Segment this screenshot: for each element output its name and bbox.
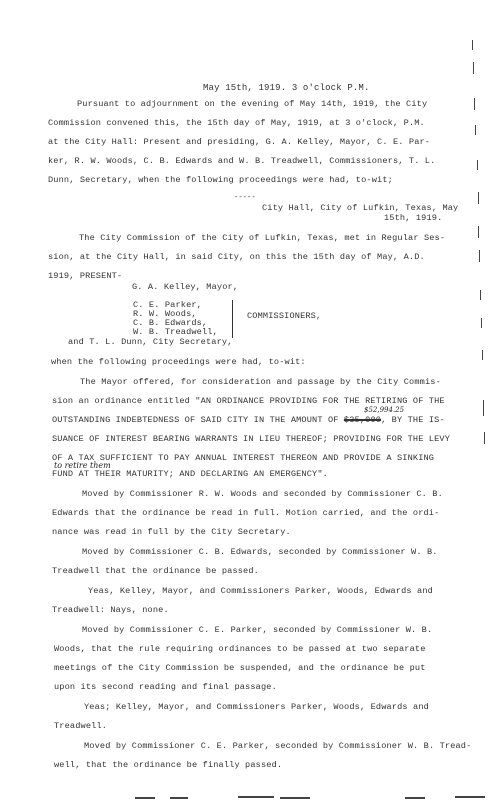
paragraph-6-line-1: Yeas, Kelley, Mayor, and Commissioners P… <box>88 586 433 596</box>
margin-mark <box>477 160 478 170</box>
paragraph-7-line-1: Moved by Commissioner C. E. Parker, seco… <box>82 625 432 635</box>
scan-noise <box>405 797 425 799</box>
paragraph-3-line-3: OUTSTANDING INDEBTEDNESS OF SAID CITY IN… <box>52 415 445 425</box>
commissioners-label: COMMISSIONERS, <box>247 311 321 321</box>
paragraph-1-line-2: Commission convened this, the 15th day o… <box>48 118 425 128</box>
handwritten-amount: $52,994.25 <box>364 406 404 414</box>
paragraph-5-line-2: Treadwell that the ordinance be passed. <box>52 566 259 576</box>
paragraph-2-line-1: The City Commission of the City of Lufki… <box>79 233 445 243</box>
paragraph-3-line-2: sion an ordinance entitled "AN ORDINANCE… <box>52 396 445 406</box>
location-line-2: 15th, 1919. <box>384 213 442 223</box>
paragraph-2-line-2: sion, at the City Hall, in said City, on… <box>48 252 425 262</box>
scan-noise <box>455 796 485 798</box>
margin-mark <box>474 98 475 110</box>
margin-mark <box>484 432 485 444</box>
paragraph-1-line-1: Pursuant to adjournment on the evening o… <box>77 99 427 109</box>
paragraph-4-line-1: Moved by Commissioner R. W. Woods and se… <box>82 489 443 499</box>
margin-mark <box>483 400 484 416</box>
document-heading: May 15th, 1919. 3 o'clock P.M. <box>203 83 370 93</box>
margin-mark <box>481 318 482 328</box>
proceedings-line: when the following proceedings were had,… <box>51 357 306 367</box>
margin-mark <box>478 192 479 204</box>
paragraph-7-line-4: upon its second reading and final passag… <box>54 682 277 692</box>
paragraph-3-line-6: FUND AT THEIR MATURITY; AND DECLARING AN… <box>52 469 328 479</box>
margin-mark <box>479 250 480 262</box>
mayor-line: G. A. Kelley, Mayor, <box>132 282 238 292</box>
scanned-document-page: May 15th, 1919. 3 o'clock P.M. Pursuant … <box>0 0 488 800</box>
margin-mark <box>472 40 473 50</box>
paragraph-7-line-2: Woods, that the rule requiring ordinance… <box>54 644 426 654</box>
paragraph-4-line-2: Edwards that the ordinance be read in fu… <box>52 508 439 518</box>
paragraph-5-line-1: Moved by Commissioner C. B. Edwards, sec… <box>82 547 438 557</box>
margin-mark <box>478 226 479 238</box>
commissioner-4: W. B. Treadwell, <box>133 328 218 337</box>
paragraph-3-line-3-text: OUTSTANDING INDEBTEDNESS OF SAID CITY IN… <box>52 415 339 425</box>
scan-noise <box>280 797 310 799</box>
scan-noise <box>135 797 155 799</box>
struck-amount: $35,000 <box>344 415 381 425</box>
paragraph-3-line-3-tail: , BY THE IS- <box>381 415 445 425</box>
paragraph-1-line-4: ker, R. W. Woods, C. B. Edwards and W. B… <box>48 156 435 166</box>
margin-mark <box>480 290 481 300</box>
secretary-line: and T. L. Dunn, City Secretary, <box>68 337 233 347</box>
scan-noise <box>170 797 188 799</box>
margin-mark <box>482 350 483 360</box>
paragraph-7-line-3: meetings of the City Commission be suspe… <box>54 663 426 673</box>
paragraph-6-line-2: Treadwell: Nays, none. <box>52 605 169 615</box>
margin-mark <box>475 125 476 135</box>
section-separator: ----- <box>234 193 256 203</box>
location-line-1: City Hall, City of Lufkin, Texas, May <box>262 203 458 213</box>
paragraph-8-line-2: Treadwell. <box>54 721 107 731</box>
paragraph-9-line-2: well, that the ordinance be finally pass… <box>54 760 282 770</box>
paragraph-1-line-5: Dunn, Secretary, when the following proc… <box>48 175 393 185</box>
brace-bracket <box>232 300 233 338</box>
paragraph-3-line-1: The Mayor offered, for consideration and… <box>80 377 441 387</box>
paragraph-8-line-1: Yeas; Kelley, Mayor, and Commissioners P… <box>84 702 429 712</box>
paragraph-3-line-4: SUANCE OF INTEREST BEARING WARRANTS IN L… <box>52 434 450 444</box>
margin-mark <box>473 62 474 74</box>
paragraph-4-line-3: nance was read in full by the City Secre… <box>52 527 291 537</box>
paragraph-2-line-3: 1919, PRESENT- <box>48 271 122 281</box>
paragraph-1-line-3: at the City Hall: Present and presiding,… <box>48 137 430 147</box>
paragraph-9-line-1: Moved by Commissioner C. E. Parker, seco… <box>84 741 471 751</box>
scan-noise <box>238 796 274 798</box>
